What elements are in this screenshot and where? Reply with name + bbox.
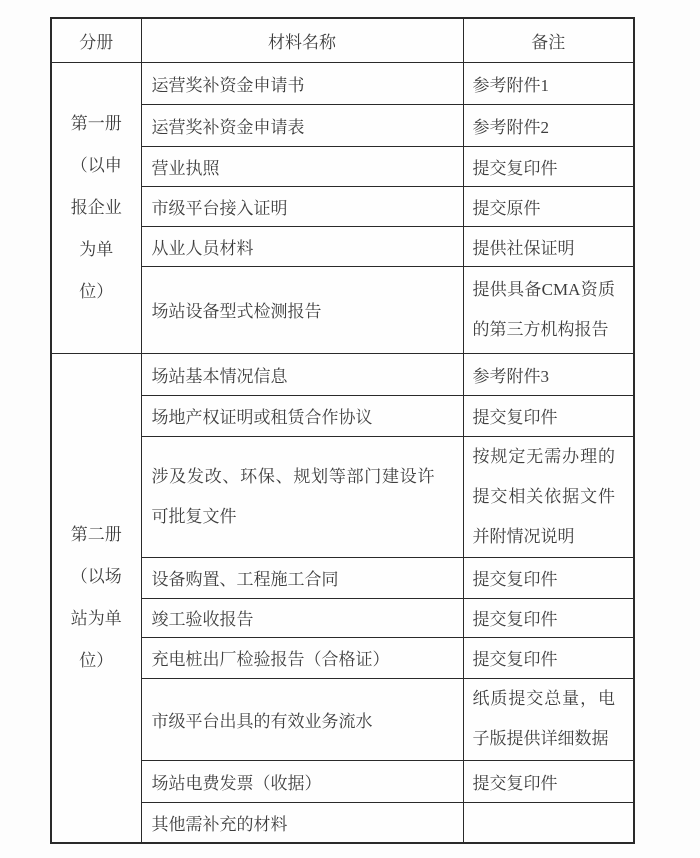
remark-cell: 提交复印件 [463, 637, 634, 678]
material-cell: 涉及发改、环保、规划等部门建设许可批复文件 [141, 436, 463, 557]
volume-cell-section-1: 第一册 （以申 报企业 为单 位） [51, 62, 141, 353]
volume-line: 第一册 [52, 103, 141, 145]
volume-line: 第二册 [52, 514, 141, 556]
volume-line: 位） [52, 271, 141, 313]
remark-cell: 提供具备CMA资质的第三方机构报告 [463, 266, 634, 353]
material-cell: 市级平台出具的有效业务流水 [141, 678, 463, 760]
header-material: 材料名称 [141, 18, 463, 62]
remark-cell: 提交复印件 [463, 395, 634, 436]
volume-line: 为单 [52, 229, 141, 271]
table-row: 第一册 （以申 报企业 为单 位） 运营奖补资金申请书 参考附件1 [51, 62, 634, 104]
remark-cell [463, 802, 634, 843]
table-header-row: 分册 材料名称 备注 [51, 18, 634, 62]
material-cell: 运营奖补资金申请书 [141, 62, 463, 104]
material-cell: 场地产权证明或租赁合作协议 [141, 395, 463, 436]
volume-line: （以场 [52, 556, 141, 598]
volume-cell-section-2: 第二册 （以场 站为单 位） [51, 353, 141, 843]
remark-cell: 参考附件1 [463, 62, 634, 104]
table-row: 第二册 （以场 站为单 位） 场站基本情况信息 参考附件3 [51, 353, 634, 395]
volume-line: 站为单 [52, 598, 141, 640]
header-volume: 分册 [51, 18, 141, 62]
volume-line: 报企业 [52, 187, 141, 229]
material-cell: 从业人员材料 [141, 226, 463, 266]
remark-cell: 按规定无需办理的提交相关依据文件并附情况说明 [463, 436, 634, 557]
material-cell: 场站基本情况信息 [141, 353, 463, 395]
material-cell: 竣工验收报告 [141, 598, 463, 637]
material-cell: 场站电费发票（收据） [141, 760, 463, 802]
material-cell: 场站设备型式检测报告 [141, 266, 463, 353]
remark-cell: 提供社保证明 [463, 226, 634, 266]
material-cell: 市级平台接入证明 [141, 186, 463, 226]
document-page: 分册 材料名称 备注 第一册 （以申 报企业 为单 位） 运营奖补资金申请书 参… [0, 0, 700, 858]
remark-cell: 提交复印件 [463, 557, 634, 598]
material-cell: 充电桩出厂检验报告（合格证） [141, 637, 463, 678]
material-cell: 运营奖补资金申请表 [141, 104, 463, 146]
material-cell: 营业执照 [141, 146, 463, 186]
remark-cell: 提交原件 [463, 186, 634, 226]
volume-line: 位） [52, 640, 141, 682]
remark-cell: 提交复印件 [463, 598, 634, 637]
remark-cell: 参考附件3 [463, 353, 634, 395]
remark-cell: 提交复印件 [463, 760, 634, 802]
material-cell: 其他需补充的材料 [141, 802, 463, 843]
remark-cell: 提交复印件 [463, 146, 634, 186]
volume-line: （以申 [52, 145, 141, 187]
remark-cell: 参考附件2 [463, 104, 634, 146]
remark-cell: 纸质提交总量，电子版提供详细数据 [463, 678, 634, 760]
materials-table: 分册 材料名称 备注 第一册 （以申 报企业 为单 位） 运营奖补资金申请书 参… [50, 17, 635, 844]
header-remark: 备注 [463, 18, 634, 62]
material-cell: 设备购置、工程施工合同 [141, 557, 463, 598]
